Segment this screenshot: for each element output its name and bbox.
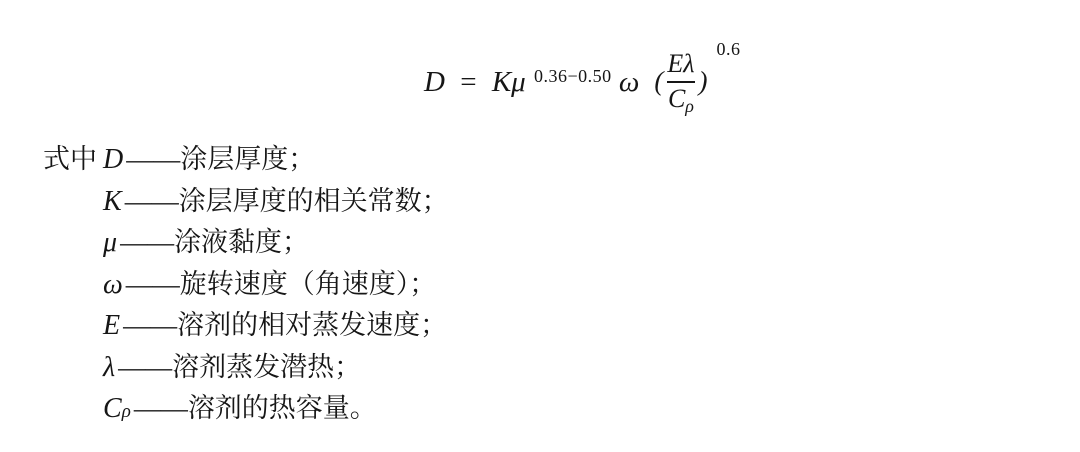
definition-text: 溶剂的相对蒸发速度； (177, 305, 447, 347)
definition-row-Crho: C ρ —— 溶剂的热容量。 (43, 388, 449, 430)
equation-coefficient: Kμ (492, 66, 526, 98)
definition-dash: —— (125, 181, 179, 223)
definition-dash: —— (120, 222, 174, 264)
definition-text: 涂液黏度； (174, 222, 309, 264)
definition-row-K: K —— 涂层厚度的相关常数； (43, 181, 449, 223)
definition-text: 溶剂蒸发潜热； (172, 347, 361, 389)
equation-main-line: D = Kμ 0.36−0.50 ω (424, 67, 639, 97)
symbol-lambda: λ (103, 347, 115, 389)
omega-symbol: ω (619, 66, 639, 98)
fraction-bar (667, 81, 694, 83)
denominator-base: C (668, 84, 685, 113)
fraction: Eλ Cρ (667, 50, 694, 113)
close-paren: ) (699, 68, 708, 95)
definition-dash: —— (134, 388, 188, 430)
definition-dash: —— (123, 305, 177, 347)
symbol-D: D (103, 139, 123, 181)
symbol-C: C (103, 388, 122, 430)
mu-exponent: 0.36−0.50 (534, 66, 612, 86)
definition-text: 旋转速度（角速度）； (180, 264, 437, 306)
document-page: D = Kμ 0.36−0.50 ω ( Eλ Cρ ) 0.6 式中 D ——… (0, 0, 1080, 452)
fraction-numerator: Eλ (667, 50, 694, 79)
where-label: 式中 (43, 139, 103, 181)
symbol-mu: μ (103, 222, 117, 264)
symbol-K: K (103, 181, 122, 223)
definition-dash: —— (126, 139, 180, 181)
equation: D = Kμ 0.36−0.50 ω ( Eλ Cρ ) 0.6 (424, 50, 741, 113)
definition-row-lambda: λ —— 溶剂蒸发潜热； (43, 347, 449, 389)
definition-text: 溶剂的热容量。 (188, 388, 377, 430)
outer-exponent: 0.6 (717, 39, 741, 60)
symbol-omega: ω (103, 264, 123, 306)
definition-text: 涂层厚度的相关常数； (179, 181, 449, 223)
definition-dash: —— (118, 347, 172, 389)
equation-lhs: D (424, 66, 445, 98)
symbol-E: E (103, 305, 120, 347)
definition-row-D: 式中 D —— 涂层厚度； (43, 139, 449, 181)
equals-sign: = (460, 66, 476, 98)
symbol-subscript-rho: ρ (122, 391, 131, 433)
definition-text: 涂层厚度； (180, 139, 315, 181)
definition-list: 式中 D —— 涂层厚度； K —— 涂层厚度的相关常数； μ —— 涂液黏度；… (43, 139, 449, 430)
definition-row-mu: μ —— 涂液黏度； (43, 222, 449, 264)
definition-dash: —— (126, 264, 180, 306)
open-paren: ( (654, 68, 663, 95)
definition-row-omega: ω —— 旋转速度（角速度）； (43, 264, 449, 306)
fraction-denominator: Cρ (668, 85, 694, 114)
definition-row-E: E —— 溶剂的相对蒸发速度； (43, 305, 449, 347)
denominator-subscript: ρ (685, 96, 694, 116)
